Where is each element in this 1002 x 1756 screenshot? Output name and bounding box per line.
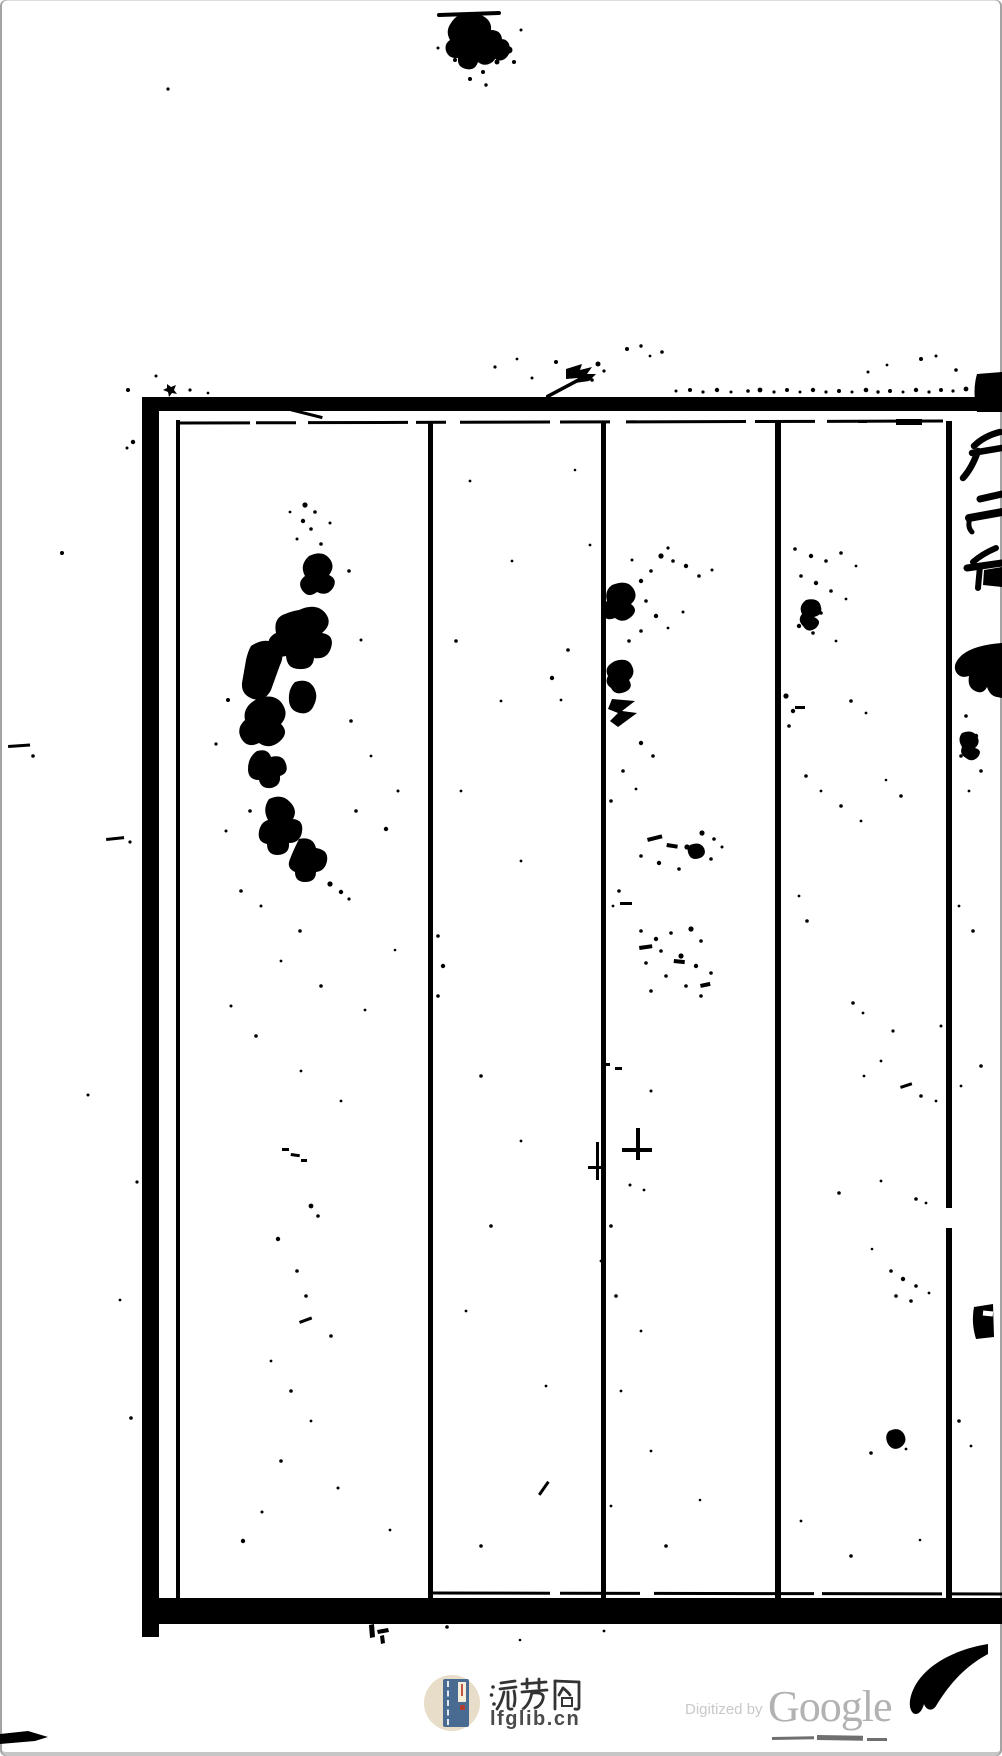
digitized-by-label: Digitized by [685,1701,763,1718]
book-icon [443,1679,469,1727]
column3-ink-stain [588,546,724,1547]
book-stitch-line [447,1681,449,1725]
book-seal-icon [460,1705,465,1710]
google-logo: Google [768,1685,892,1729]
column-divider-4-lower [946,1228,952,1598]
page-curl-mark [910,1644,988,1714]
edge-partial-characters: 戶三缶 [950,420,1002,605]
column-divider-3 [775,421,781,1598]
column1-ink-stain [214,502,399,1543]
column5-marks [955,643,1002,1447]
top-ink-blot [166,11,522,91]
scanner-smudge-line [772,1735,887,1741]
site-domain: lfglib.cn [490,1708,600,1731]
column4-specks [783,547,942,1558]
column2-specks [436,469,591,1548]
frame-border-left [142,397,159,1637]
column-divider-2 [601,421,606,1598]
column-divider-1 [428,421,433,1598]
frame-border-top [142,397,1002,411]
left-margin-marks [8,551,139,1420]
scanned-book-page: 戶三缶 流芳阁 [0,0,1002,1756]
frame-border-bottom [142,1598,1002,1624]
frame-inner-line-left [176,420,180,1598]
book-title-label [458,1682,466,1702]
bottom-left-smudge [0,1731,48,1744]
